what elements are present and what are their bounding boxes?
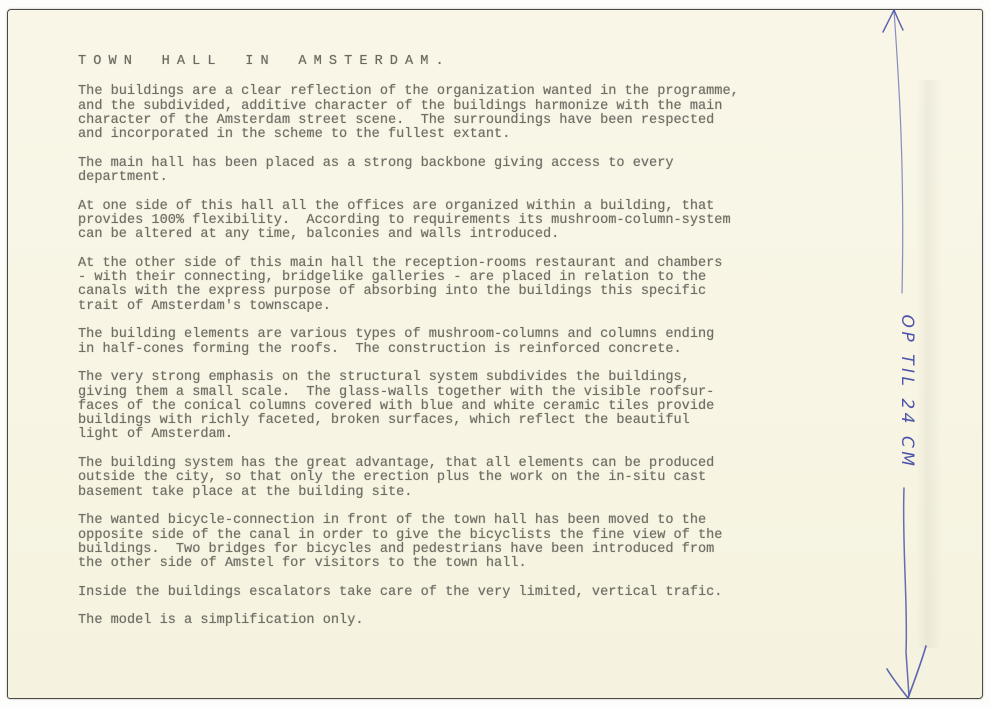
scan-shadow bbox=[916, 80, 942, 648]
document-title: TOWN HALL IN AMSTERDAM. bbox=[78, 55, 788, 69]
paragraph: The model is a simplification only. bbox=[78, 614, 788, 628]
document-body: TOWN HALL IN AMSTERDAM. The buildings ar… bbox=[78, 55, 788, 643]
paragraph: The buildings are a clear reflection of … bbox=[78, 85, 788, 142]
paragraph: At the other side of this main hall the … bbox=[78, 257, 788, 314]
paragraph: The building system has the great advant… bbox=[78, 457, 788, 500]
paragraph: The main hall has been placed as a stron… bbox=[78, 157, 788, 186]
paragraph: At one side of this hall all the offices… bbox=[78, 200, 788, 243]
paragraph: The wanted bicycle-connection in front o… bbox=[78, 514, 788, 571]
paragraph: Inside the buildings escalators take car… bbox=[78, 586, 788, 600]
paragraph: The very strong emphasis on the structur… bbox=[78, 371, 788, 442]
handwritten-annotation: OP TIL 24 CM bbox=[897, 315, 917, 470]
paragraph: The building elements are various types … bbox=[78, 328, 788, 357]
